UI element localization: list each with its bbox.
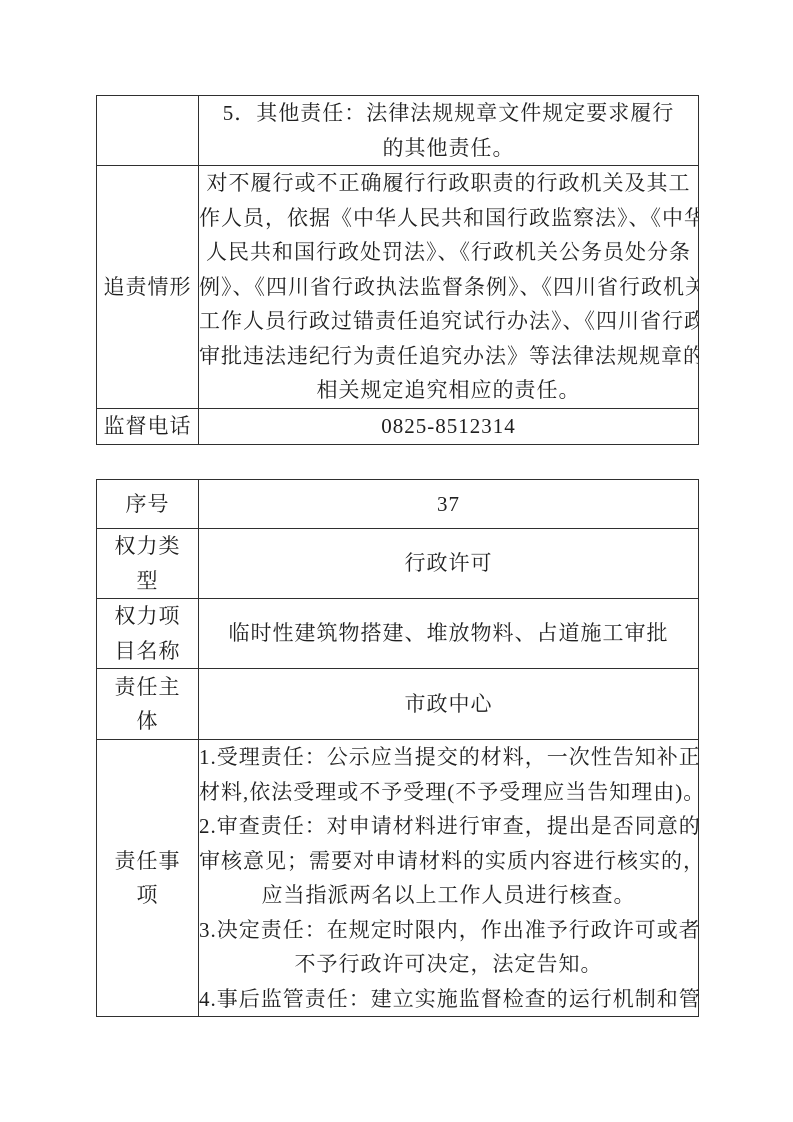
- supervision-phone-value-cell: 0825-8512314: [199, 408, 699, 444]
- text-line: 应当指派两名以上工作人员进行核查。: [199, 878, 698, 913]
- text-line: 工作人员行政过错责任追究试行办法》、《四川省行政: [199, 304, 698, 339]
- text-line: 权力项: [97, 599, 198, 634]
- text-line: 1.受理责任：公示应当提交的材料，一次性告知补正: [199, 740, 698, 775]
- text-line: 行政许可: [199, 546, 698, 581]
- text-line: 5．其他责任：法律法规规章文件规定要求履行: [199, 96, 698, 131]
- text-line: 材料,依法受理或不予受理(不予受理应当告知理由)。: [199, 775, 698, 810]
- text-line: 4.事后监管责任：建立实施监督检查的运行机制和管: [199, 982, 698, 1017]
- power-type-value-cell: 行政许可: [199, 529, 699, 599]
- text-line: 审批违法违纪行为责任追究办法》等法律法规规章的: [199, 339, 698, 374]
- serial-number-label-cell: 序号: [97, 480, 199, 529]
- text-line: 不予行政许可决定，法定告知。: [199, 947, 698, 982]
- accountability-situations-label-cell: 追责情形: [97, 166, 199, 409]
- text-line: 对不履行或不正确履行行政职责的行政机关及其工: [199, 166, 698, 201]
- text-line: 审核意见；需要对申请材料的实质内容进行核实的，: [199, 844, 698, 879]
- text-line: 例》、《四川省行政执法监督条例》、《四川省行政机关: [199, 270, 698, 305]
- text-line: 监督电话: [97, 409, 198, 444]
- table-row: 权力项目名称 临时性建筑物搭建、堆放物料、占道施工审批: [97, 599, 699, 669]
- responsible-entity-value-cell: 市政中心: [199, 669, 699, 740]
- power-item-name-value-cell: 临时性建筑物搭建、堆放物料、占道施工审批: [199, 599, 699, 669]
- text-line: 责任主: [97, 670, 198, 705]
- power-item-table: 序号 37 权力类型 行政许可 权力项目名称 临时性建筑物搭建、堆放物料、占道施…: [96, 479, 699, 1017]
- table-row: 权力类型 行政许可: [97, 529, 699, 599]
- text-line: 追责情形: [97, 270, 198, 305]
- text-line: 责任事: [97, 844, 198, 879]
- responsibility-items-value-cell: 1.受理责任：公示应当提交的材料，一次性告知补正材料,依法受理或不予受理(不予受…: [199, 740, 699, 1017]
- text-line: 人民共和国行政处罚法》、《行政机关公务员处分条: [199, 235, 698, 270]
- text-line: 市政中心: [199, 687, 698, 722]
- text-line: 2.审查责任：对申请材料进行审查，提出是否同意的: [199, 809, 698, 844]
- responsible-entity-label-cell: 责任主体: [97, 669, 199, 740]
- text-line: 项: [97, 878, 198, 913]
- text-line: 的其他责任。: [199, 131, 698, 166]
- document-page: 5．其他责任：法律法规规章文件规定要求履行的其他责任。 追责情形 对不履行或不正…: [0, 0, 793, 1122]
- table-row: 序号 37: [97, 480, 699, 529]
- table-row: 5．其他责任：法律法规规章文件规定要求履行的其他责任。: [97, 96, 699, 166]
- power-item-name-label-cell: 权力项目名称: [97, 599, 199, 669]
- text-line: 权力类: [97, 529, 198, 564]
- power-type-label-cell: 权力类型: [97, 529, 199, 599]
- text-line: 目名称: [97, 634, 198, 669]
- text-line: 0825-8512314: [199, 409, 698, 444]
- text-line: 临时性建筑物搭建、堆放物料、占道施工审批: [199, 616, 698, 651]
- text-line: 体: [97, 704, 198, 739]
- other-duty-value-cell: 5．其他责任：法律法规规章文件规定要求履行的其他责任。: [199, 96, 699, 166]
- text-line: 作人员，依据《中华人民共和国行政监察法》、《中华: [199, 201, 698, 236]
- text-line: 序号: [97, 487, 198, 522]
- text-line: 型: [97, 564, 198, 599]
- other-duty-label-cell: [97, 96, 199, 166]
- responsibility-items-label-cell: 责任事项: [97, 740, 199, 1017]
- accountability-situations-value-cell: 对不履行或不正确履行行政职责的行政机关及其工作人员，依据《中华人民共和国行政监察…: [199, 166, 699, 409]
- table-row: 责任事项 1.受理责任：公示应当提交的材料，一次性告知补正材料,依法受理或不予受…: [97, 740, 699, 1017]
- table-row: 追责情形 对不履行或不正确履行行政职责的行政机关及其工作人员，依据《中华人民共和…: [97, 166, 699, 409]
- text-line: 相关规定追究相应的责任。: [199, 373, 698, 408]
- text-line: 37: [199, 487, 698, 522]
- table-row: 责任主体 市政中心: [97, 669, 699, 740]
- supervision-phone-label-cell: 监督电话: [97, 408, 199, 444]
- accountability-table: 5．其他责任：法律法规规章文件规定要求履行的其他责任。 追责情形 对不履行或不正…: [96, 95, 699, 445]
- text-line: 3.决定责任：在规定时限内，作出准予行政许可或者: [199, 913, 698, 948]
- table-row: 监督电话 0825-8512314: [97, 408, 699, 444]
- serial-number-value-cell: 37: [199, 480, 699, 529]
